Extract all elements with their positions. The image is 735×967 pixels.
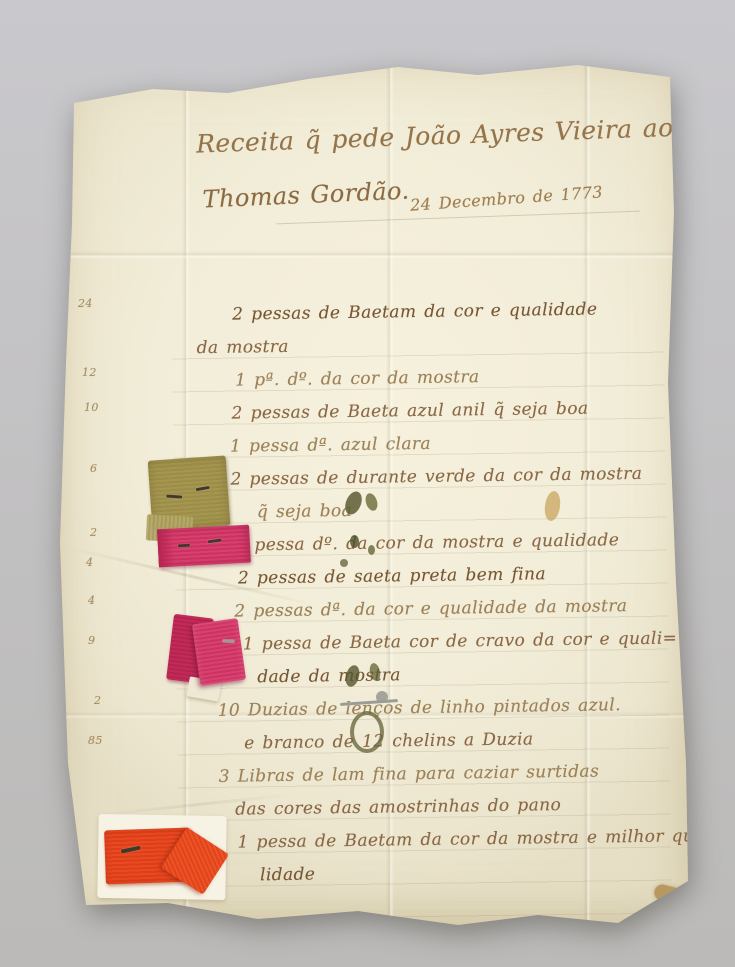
margin-number: 4 [86,556,93,569]
fabric-swatch-crimson-folded-front [192,618,246,686]
metal-pin [166,494,182,498]
paper-surface: Receita q̃ pede João Ayres Vieira ao Sr.… [58,63,688,925]
metal-pin [196,486,210,491]
margin-number: 10 [84,401,99,414]
metal-pin [121,846,141,854]
fabric-swatch-olive-green [148,455,231,530]
fold-crease-horizontal [58,251,688,259]
margin-number: 9 [88,634,95,647]
ink-stain [350,535,359,548]
fabric-swatch-crimson-ribbon [157,525,251,568]
manuscript-line: 1 pessa dº. da cor da mostra e qualidade [221,523,685,562]
manuscript-line: 1 pessa de Baetam da cor da mostra e mil… [223,820,689,860]
manuscript-body: 2 pessas de Baetam da cor e qualidade da… [204,292,690,893]
swatch-fold-shadow [157,529,175,568]
brown-smudge [653,883,692,907]
ink-stain-loop [350,711,384,753]
manuscript-line: 1 pessa de Baeta cor de cravo da cor e q… [229,622,687,661]
manuscript-title-line1: Receita q̃ pede João Ayres Vieira ao Sr. [196,112,689,158]
manuscript-line: 2 pessas de durante verde da cor da most… [216,457,684,497]
photograph-background: Receita q̃ pede João Ayres Vieira ao Sr.… [0,0,735,967]
margin-number: 4 [88,594,95,607]
manuscript-sheet: Receita q̃ pede João Ayres Vieira ao Sr.… [58,63,688,925]
margin-number: 24 [78,297,93,310]
metal-pin [178,544,190,548]
manuscript-line: 10 Duzias de lenços de linho pintados az… [204,688,688,728]
margin-number: 2 [94,694,101,707]
margin-number: 85 [88,734,103,747]
manuscript-title-line2: Thomas Gordão. [186,176,427,214]
margin-number: 6 [90,462,97,475]
ink-stain [340,559,348,567]
metal-pin [208,538,222,543]
header-rule-line [276,211,640,225]
metal-pin [223,639,235,642]
margin-number: 2 [90,526,97,539]
manuscript-date: 24 Decembro de 1773 [410,182,604,214]
pin-head [376,691,388,703]
margin-number: 12 [82,366,97,379]
ink-stain [368,545,375,555]
manuscript-line: lidade [246,853,690,892]
